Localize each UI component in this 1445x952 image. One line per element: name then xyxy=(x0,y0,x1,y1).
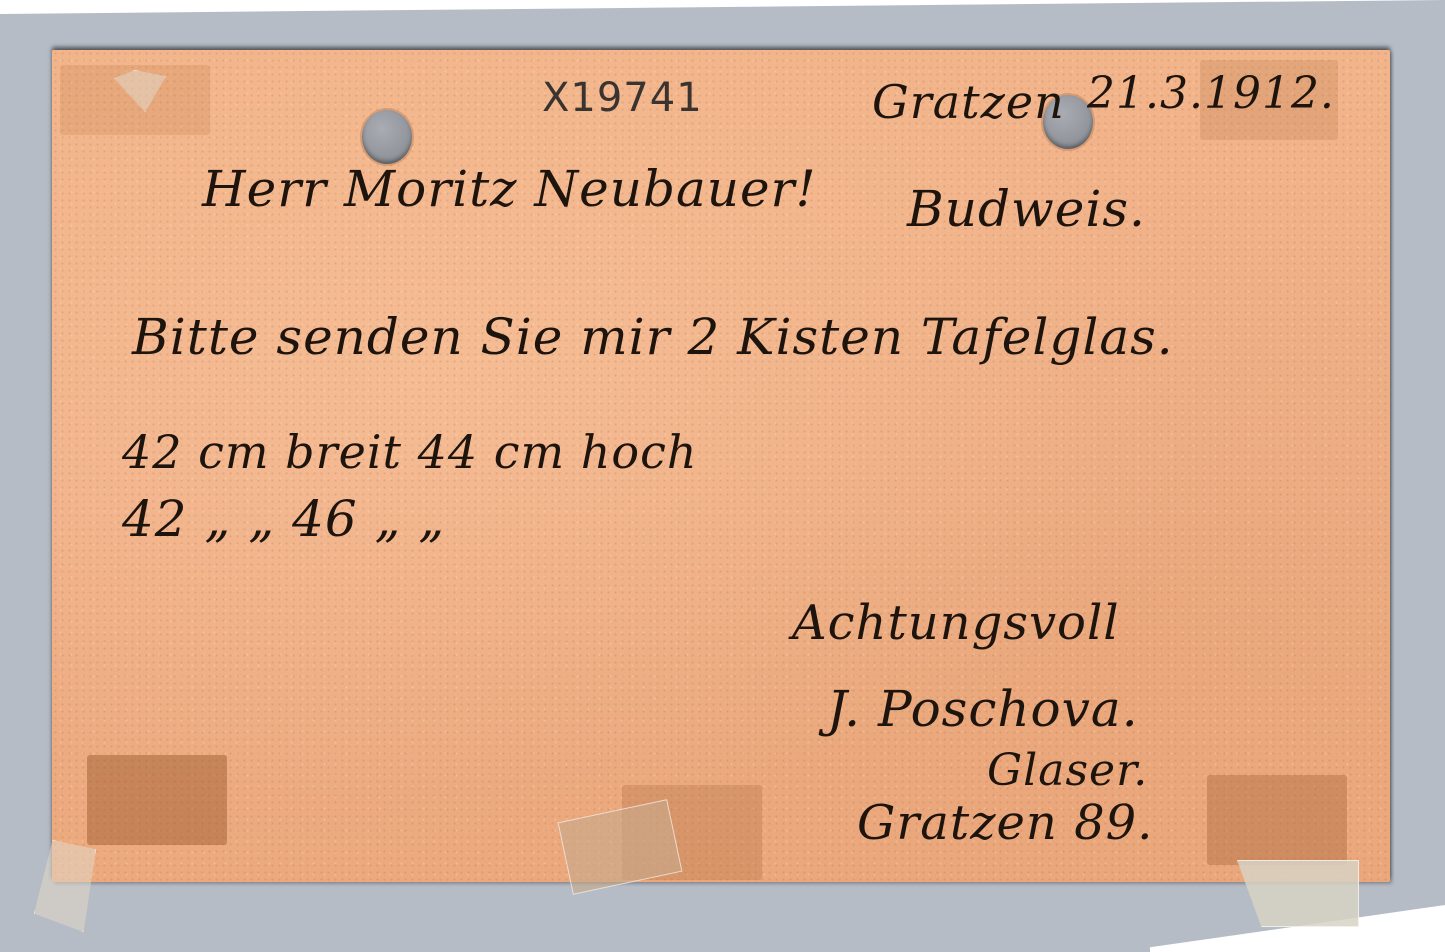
scanner-edge-top xyxy=(0,0,1445,14)
body-line-1: Bitte senden Sie mir 2 Kisten Tafelglas. xyxy=(132,308,1174,366)
signature-address: Gratzen 89. xyxy=(857,795,1153,851)
archive-number: X19741 xyxy=(542,75,703,121)
tape-remnant-bottom-center xyxy=(558,799,683,895)
header-place: Gratzen xyxy=(872,75,1065,129)
body-line-2: 42 cm breit 44 cm hoch xyxy=(122,425,698,479)
signature-trade: Glaser. xyxy=(987,745,1148,796)
signature-name: J. Poschova. xyxy=(827,680,1139,738)
closing: Achtungsvoll xyxy=(792,595,1120,651)
tape-stain-bottom-right xyxy=(1207,775,1347,865)
tape-remnant-bottom-left xyxy=(34,840,96,932)
salutation-addressee: Herr Moritz Neubauer! xyxy=(202,160,817,218)
postcard: X19741 Gratzen 21.3.1912. Herr Moritz Ne… xyxy=(52,50,1390,882)
tape-remnant-bottom-right xyxy=(1237,860,1359,927)
salutation-city: Budweis. xyxy=(907,180,1146,238)
punch-hole-left xyxy=(362,110,412,164)
header-date: 21.3.1912. xyxy=(1087,68,1335,119)
tape-stain-bottom-left xyxy=(87,755,227,845)
body-line-3: 42 „ „ 46 „ „ xyxy=(122,490,445,548)
